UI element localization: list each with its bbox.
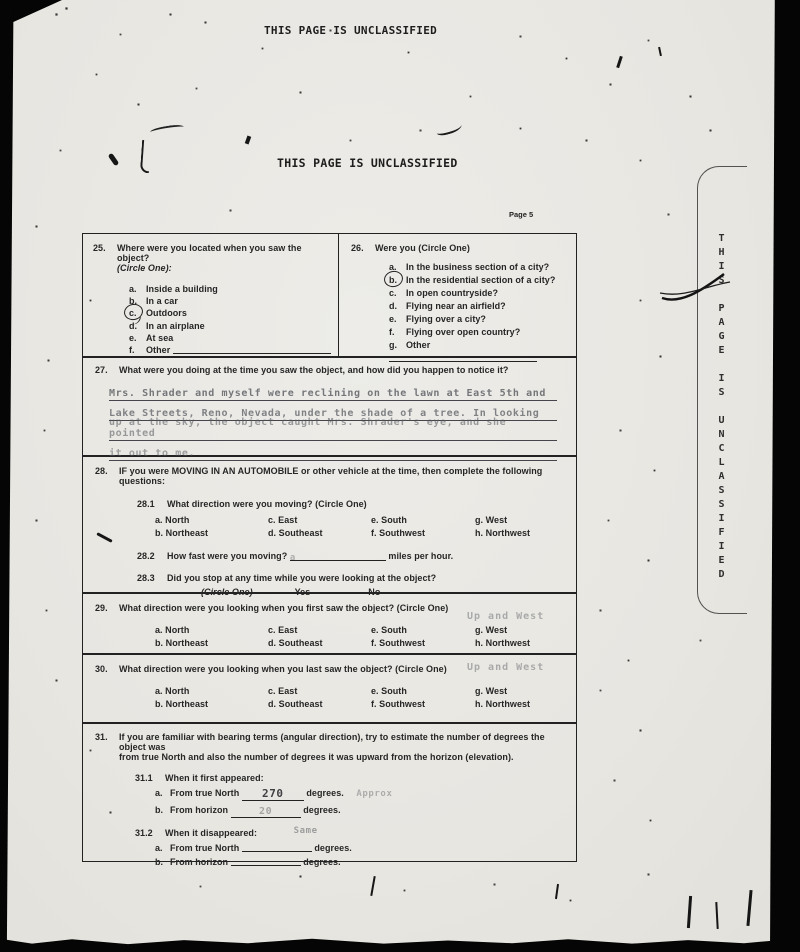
dir-west: g. West [475, 514, 595, 527]
option-26b-circled: b.In the residential section of a city? [389, 274, 568, 287]
question-31-text: If you are familiar with bearing terms (… [119, 732, 566, 752]
dir-south: e. South [371, 624, 475, 637]
dir-east: c. East [268, 514, 371, 527]
option-25b: b.In a car [129, 295, 332, 307]
page-number: Page 5 [509, 210, 533, 219]
dir-southeast: d. Southeast [268, 527, 371, 540]
question-26-options: a.In the business section of a city? b.I… [389, 261, 568, 365]
question-25-options: a.Inside a building b.In a car c.Outdoor… [129, 283, 332, 356]
question-28-2: 28.2How fast were you moving? a miles pe… [137, 551, 566, 561]
question-29-text: What direction were you looking when you… [119, 603, 448, 613]
question-27-number: 27. [95, 365, 119, 375]
elevation-blank: 20 [231, 806, 301, 818]
question-27-box: 27. What were you doing at the time you … [82, 357, 577, 456]
bearing-blank [242, 851, 312, 852]
question-29-box: 29. What direction were you looking when… [82, 593, 577, 654]
dir-northeast: b. Northeast [155, 698, 268, 711]
unclassified-stamp-top: THIS PAGE IS UNCLASSIFIED [264, 24, 437, 37]
dir-west: g. West [475, 624, 595, 637]
scratch-mark [108, 153, 120, 167]
option-25c-circled: c.Outdoors [129, 307, 332, 319]
direction-options-30: a. North c. East e. South g. West b. Nor… [155, 685, 566, 710]
typed-annotation: Up and West [467, 662, 544, 673]
dir-southwest: f. Southwest [371, 637, 475, 650]
option-26c: c.In open countryside? [389, 287, 568, 300]
other-blank-line [173, 345, 331, 354]
scratch-mark [715, 902, 718, 929]
option-26d: d.Flying near an airfield? [389, 300, 568, 313]
option-25d: d.In an airplane [129, 320, 332, 332]
scratch-mark [370, 876, 375, 896]
scratch-mark [746, 890, 752, 926]
dir-southeast: d. Southeast [268, 698, 371, 711]
question-30-text: What direction were you looking when you… [119, 664, 447, 674]
scratch-mark [435, 121, 463, 137]
scratch-mark [687, 896, 692, 928]
scan-black-edge-bottom [0, 930, 800, 952]
dir-south: e. South [371, 514, 475, 527]
question-29-number: 29. [95, 603, 119, 613]
row-31-2a: a.From true North degrees. [155, 843, 566, 853]
dir-north: a. North [155, 624, 268, 637]
question-26-number: 26. [351, 243, 375, 253]
dir-northeast: b. Northeast [155, 637, 268, 650]
dir-south: e. South [371, 685, 475, 698]
question-31-2: 31.2When it disappeared: Same [135, 828, 566, 839]
question-26: 26. Were you (Circle One) a.In the busin… [339, 234, 576, 356]
bearing-blank: 270 [242, 787, 304, 801]
option-26e: e.Flying over a city? [389, 313, 568, 326]
scratch-mark [150, 123, 185, 135]
dir-north: a. North [155, 514, 268, 527]
dir-southwest: f. Southwest [371, 698, 475, 711]
dir-northwest: h. Northwest [475, 698, 595, 711]
option-26f: f.Flying over open country? [389, 326, 568, 339]
hand-circle-mark: c. [129, 307, 146, 319]
direction-options-29: a. North c. East e. South g. West b. Nor… [155, 624, 566, 649]
scratch-mark [658, 47, 662, 56]
scratch-mark [555, 884, 559, 899]
dir-east: c. East [268, 685, 371, 698]
question-31-1: 31.1When it first appeared: [135, 773, 566, 783]
pen-scribble-mark [658, 262, 736, 314]
scratch-mark [616, 56, 623, 68]
option-26a: a.In the business section of a city? [389, 261, 568, 274]
typed-note-approx: Approx [356, 789, 392, 799]
option-25f-other: f.Other [129, 344, 332, 356]
dir-west: g. West [475, 685, 595, 698]
dir-north: a. North [155, 685, 268, 698]
answer-line-1: Mrs. Shrader and myself were reclining o… [109, 381, 557, 401]
option-25a: a.Inside a building [129, 283, 332, 295]
unclassified-stamp-middle: THIS PAGE IS UNCLASSIFIED [277, 156, 458, 170]
question-25: 25. Where were you located when you saw … [83, 234, 339, 356]
dir-southeast: d. Southeast [268, 637, 371, 650]
direction-options-28: a. North c. East e. South g. West b. Nor… [155, 514, 566, 539]
question-28-3: 28.3Did you stop at any time while you w… [137, 573, 566, 583]
dir-northwest: h. Northwest [475, 527, 595, 540]
question-28-box: 28. IF you were MOVING IN AN AUTOMOBILE … [82, 456, 577, 593]
typed-annotation: Up and West [467, 611, 544, 622]
row-31-2b: b.From horizon degrees. [155, 857, 566, 867]
question-31-box: 31. If you are familiar with bearing ter… [82, 723, 577, 862]
question-31-text-line2: from true North and also the number of d… [119, 752, 566, 762]
question-28-text: IF you were MOVING IN AN AUTOMOBILE or o… [119, 466, 566, 486]
question-28-1: 28.1What direction were you moving? (Cir… [137, 499, 566, 509]
question-28-number: 28. [95, 466, 119, 486]
scanned-document-page: THIS PAGE IS UNCLASSIFIED THIS PAGE IS U… [0, 0, 800, 952]
typed-note-same: Same [294, 826, 318, 836]
question-31-number: 31. [95, 732, 119, 752]
row-31-1b: b.From horizon 20 degrees. [155, 805, 566, 818]
question-25-text: Where were you located when you saw the … [117, 243, 332, 273]
question-30-number: 30. [95, 664, 119, 674]
speed-blank-line: a [290, 552, 386, 561]
scan-black-edge-right [770, 0, 800, 952]
dir-northeast: b. Northeast [155, 527, 268, 540]
dir-east: c. East [268, 624, 371, 637]
scratch-mark [140, 140, 151, 174]
dir-northwest: h. Northwest [475, 637, 595, 650]
scan-black-edge-left [0, 0, 18, 952]
answer-line-3: up at the sky, the object caught Mrs. Sh… [109, 421, 557, 441]
question-30-box: 30. What direction were you looking when… [82, 654, 577, 723]
question-26-text: Were you (Circle One) [375, 243, 470, 253]
row-31-1a: a.From true North 270 degrees. Approx [155, 787, 566, 801]
elevation-blank [231, 865, 301, 866]
scratch-mark [245, 136, 251, 145]
question-25-26-box: 25. Where were you located when you saw … [82, 233, 577, 357]
dir-southwest: f. Southwest [371, 527, 475, 540]
question-27-text: What were you doing at the time you saw … [119, 365, 508, 375]
hand-circle-mark: b. [389, 274, 406, 287]
option-25e: e.At sea [129, 332, 332, 344]
question-25-number: 25. [93, 243, 117, 273]
